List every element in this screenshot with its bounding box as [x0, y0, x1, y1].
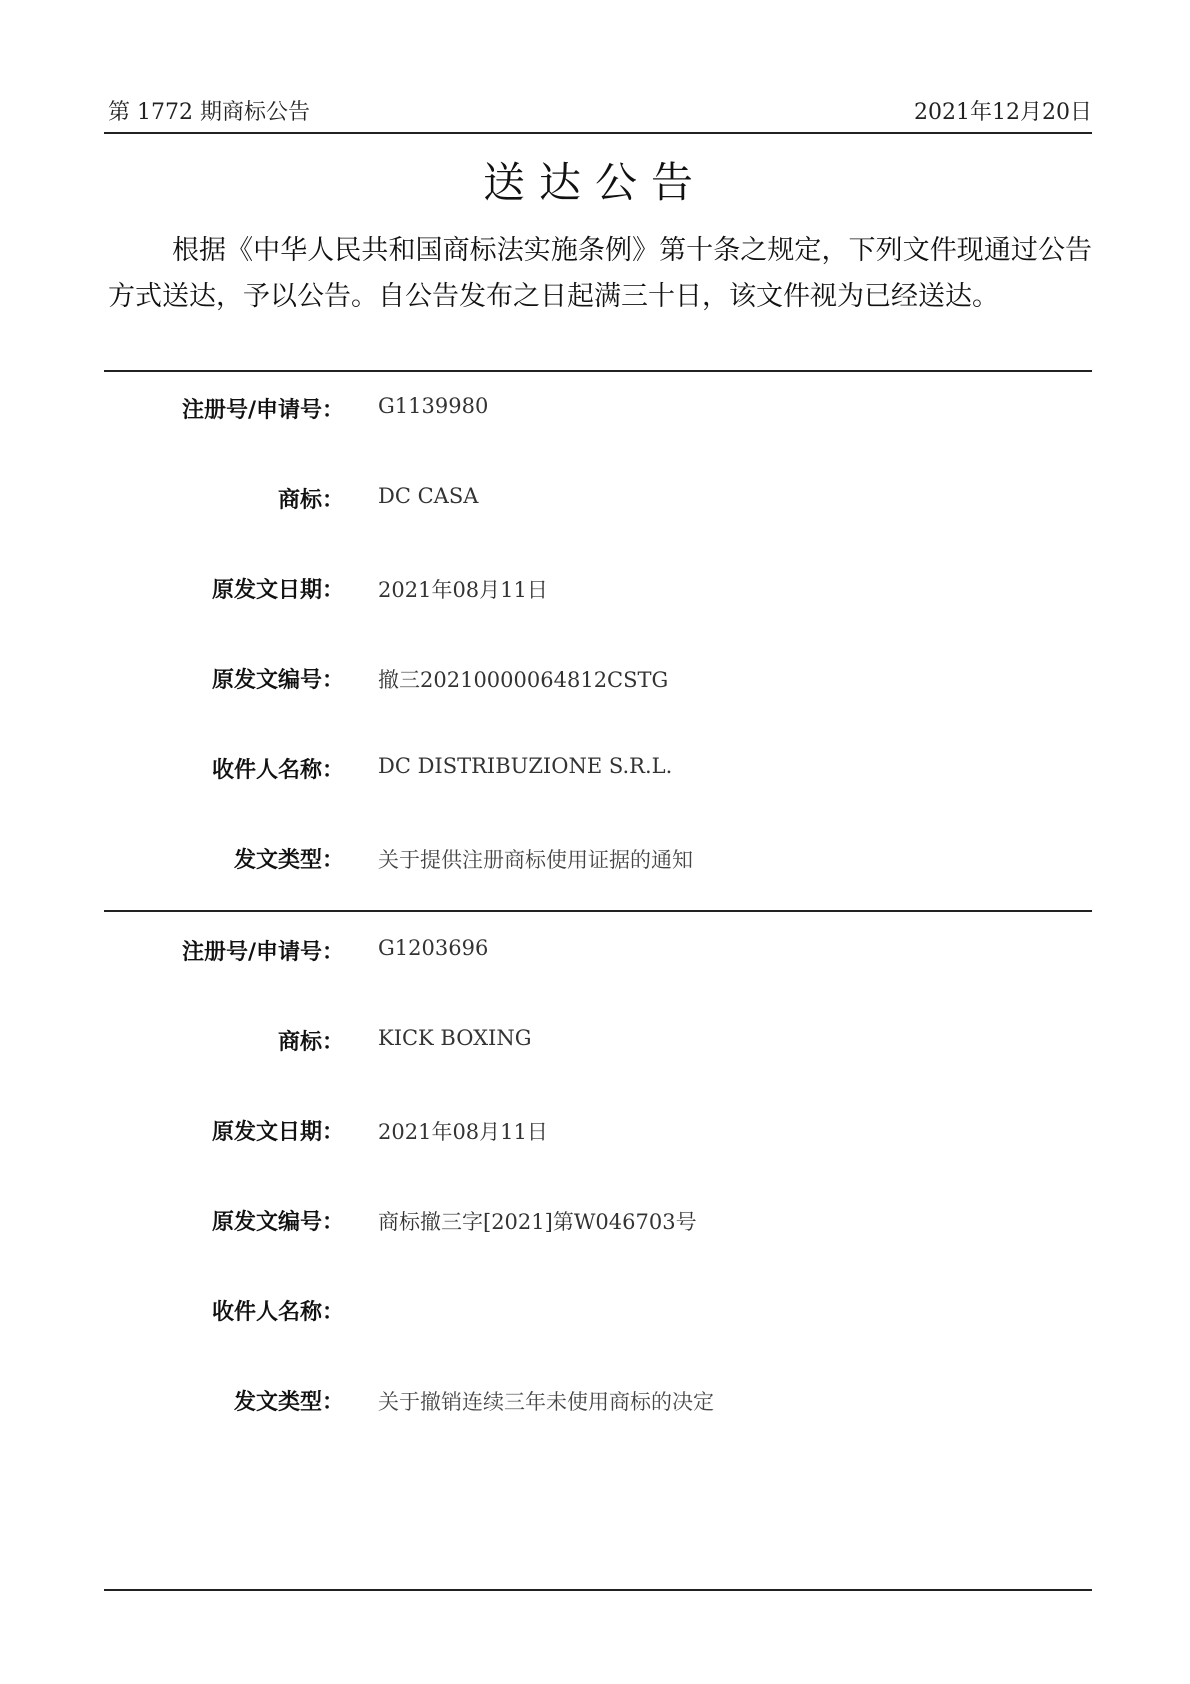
page-title: 送达公告 — [0, 150, 1190, 210]
label-orig-no: 原发文编号： — [212, 663, 344, 694]
label-orig-date: 原发文日期： — [212, 1115, 344, 1146]
field-doc-type: 发文类型： 关于撤销连续三年未使用商标的决定 — [104, 1385, 1092, 1425]
value-orig-no: 商标撤三字[2021]第W046703号 — [378, 1206, 697, 1236]
value-orig-date: 2021年08月11日 — [378, 574, 548, 604]
field-orig-date: 原发文日期： 2021年08月11日 — [104, 1115, 1092, 1155]
field-orig-no: 原发文编号： 撤三20210000064812CSTG — [104, 663, 1092, 703]
value-reg-no: G1139980 — [378, 394, 488, 418]
field-mark: 商标： DC CASA — [104, 483, 1092, 523]
field-orig-no: 原发文编号： 商标撤三字[2021]第W046703号 — [104, 1205, 1092, 1245]
issue-date: 2021年12月20日 — [914, 95, 1092, 126]
value-mark: KICK BOXING — [378, 1026, 531, 1050]
value-reg-no: G1203696 — [378, 936, 488, 960]
label-mark: 商标： — [278, 1025, 344, 1056]
header-divider — [104, 132, 1092, 134]
value-recipient: DC DISTRIBUZIONE S.R.L. — [378, 754, 672, 778]
intro-paragraph: 根据《中华人民共和国商标法实施条例》第十条之规定，下列文件现通过公告方式送达，予… — [108, 228, 1092, 320]
value-orig-no: 撤三20210000064812CSTG — [378, 664, 668, 694]
field-orig-date: 原发文日期： 2021年08月11日 — [104, 573, 1092, 613]
field-doc-type: 发文类型： 关于提供注册商标使用证据的通知 — [104, 843, 1092, 883]
field-reg-no: 注册号/申请号： G1203696 — [104, 935, 1092, 975]
value-doc-type: 关于撤销连续三年未使用商标的决定 — [378, 1386, 714, 1416]
value-orig-date: 2021年08月11日 — [378, 1116, 548, 1146]
record-divider — [104, 910, 1092, 912]
value-doc-type: 关于提供注册商标使用证据的通知 — [378, 844, 693, 874]
footer-divider — [104, 1589, 1092, 1591]
label-doc-type: 发文类型： — [234, 843, 344, 874]
field-mark: 商标： KICK BOXING — [104, 1025, 1092, 1065]
label-reg-no: 注册号/申请号： — [182, 935, 344, 966]
label-recipient: 收件人名称： — [212, 753, 344, 784]
field-reg-no: 注册号/申请号： G1139980 — [104, 393, 1092, 433]
label-recipient: 收件人名称： — [212, 1295, 344, 1326]
label-doc-type: 发文类型： — [234, 1385, 344, 1416]
issue-number: 第 1772 期商标公告 — [108, 95, 310, 126]
label-mark: 商标： — [278, 483, 344, 514]
field-recipient: 收件人名称： — [104, 1295, 1092, 1335]
label-reg-no: 注册号/申请号： — [182, 393, 344, 424]
field-recipient: 收件人名称： DC DISTRIBUZIONE S.R.L. — [104, 753, 1092, 793]
value-mark: DC CASA — [378, 484, 478, 508]
record-divider — [104, 370, 1092, 372]
label-orig-date: 原发文日期： — [212, 573, 344, 604]
label-orig-no: 原发文编号： — [212, 1205, 344, 1236]
